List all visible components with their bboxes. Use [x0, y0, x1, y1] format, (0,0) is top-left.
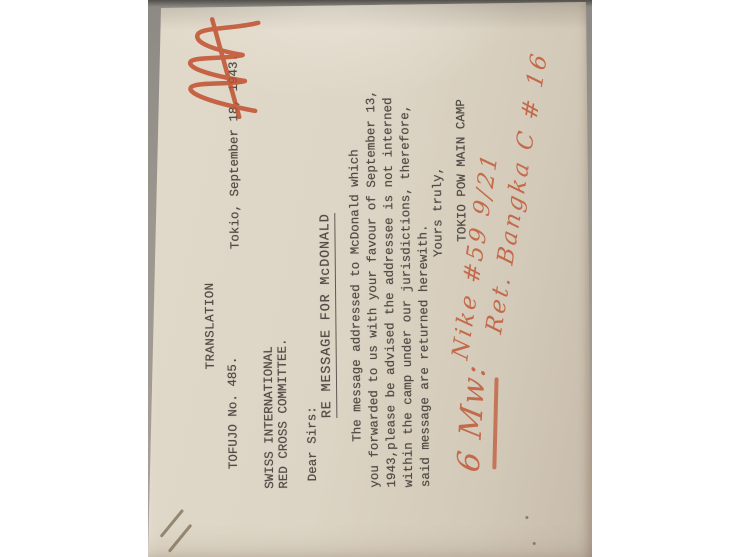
salutation: Dear Sirs:	[305, 406, 320, 481]
pencil-tally-mark	[160, 509, 184, 538]
document-photo: TRANSLATION TOFUJO No. 485. Tokio, Septe…	[148, 0, 592, 557]
letter-content: TRANSLATION TOFUJO No. 485. Tokio, Septe…	[148, 0, 592, 557]
body-line: said message are returned herewith.	[414, 89, 435, 487]
red-underline-stroke	[492, 377, 498, 469]
recipient-line: RED CROSS COMMITTEE.	[276, 339, 292, 489]
paper-speck	[525, 516, 528, 519]
heading: TRANSLATION	[203, 282, 218, 369]
red-scribble-mark	[174, 13, 267, 120]
pencil-tally-mark	[168, 524, 192, 553]
body-paragraph: The message addressed to McDonald which …	[346, 89, 435, 487]
subject-line: RE MESSAGE FOR McDONALD	[319, 213, 337, 418]
closing: Yours truly,	[431, 167, 446, 257]
scanned-page: TRANSLATION TOFUJO No. 485. Tokio, Septe…	[0, 0, 740, 557]
paper-speck	[533, 542, 536, 545]
recipient-line: SWISS INTERNATIONAL	[262, 346, 277, 489]
red-handwriting-flourish: 6 Mw:	[451, 360, 493, 475]
reference-number: TOFUJO No. 485.	[226, 357, 241, 470]
